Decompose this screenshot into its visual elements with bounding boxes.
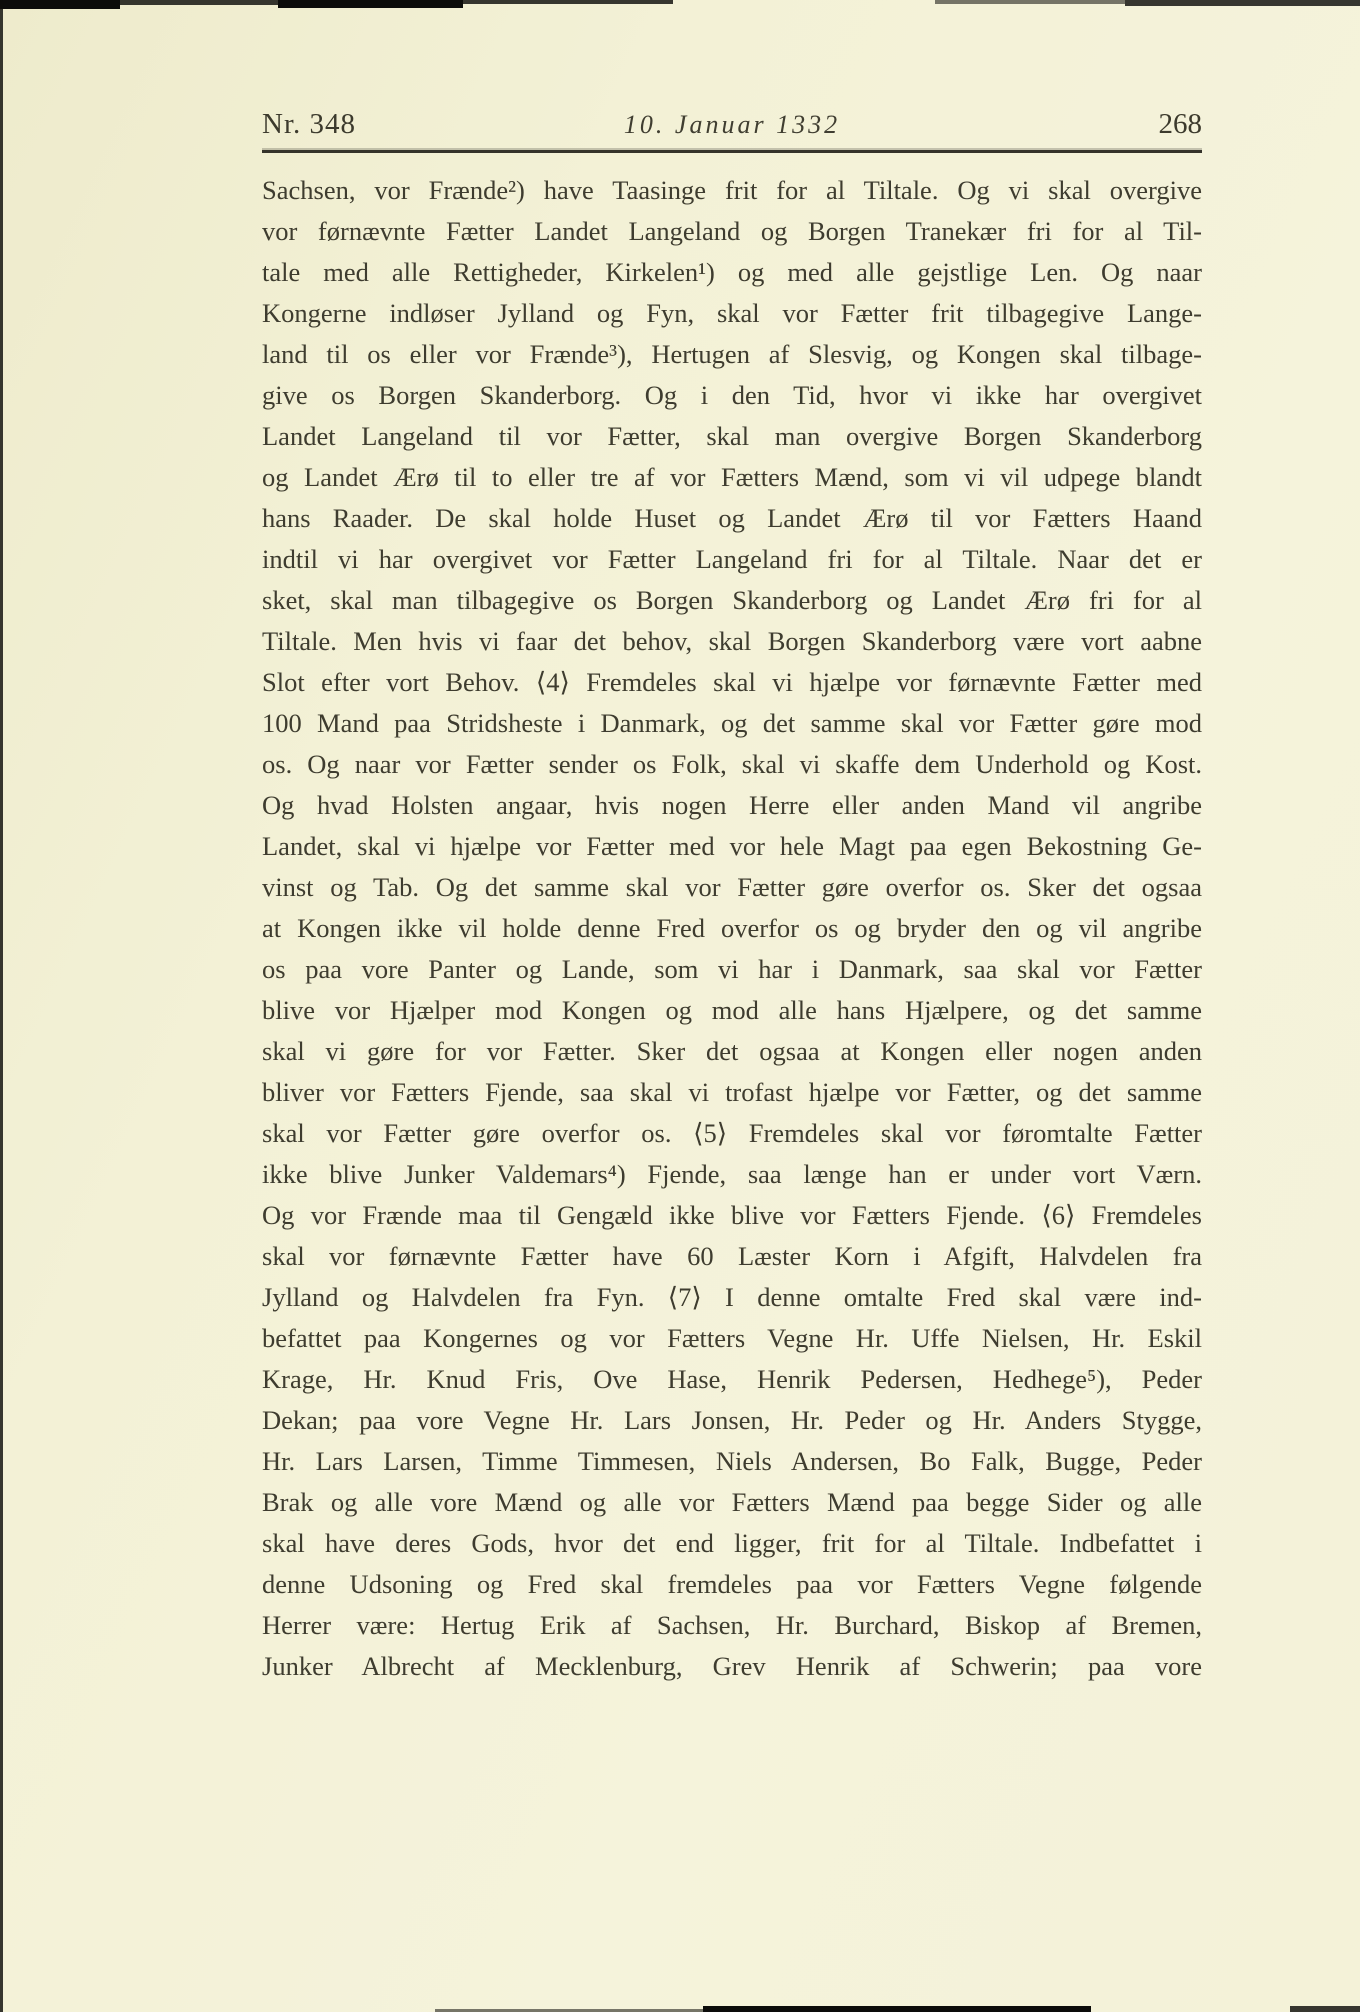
text-line: skal have deres Gods, hvor det end ligge… [262, 1523, 1202, 1564]
text-line: vinst og Tab. Og det samme skal vor Fætt… [262, 867, 1202, 908]
text-line: os. Og naar vor Fætter sender os Folk, s… [262, 744, 1202, 785]
text-line: Og vor Frænde maa til Gengæld ikke blive… [262, 1195, 1202, 1236]
scan-artifact-left [0, 0, 3, 2012]
text-line: Junker Albrecht af Mecklenburg, Grev Hen… [262, 1646, 1202, 1687]
scan-artifact-top-1 [0, 0, 120, 9]
text-line: os paa vore Panter og Lande, som vi har … [262, 949, 1202, 990]
scan-artifact-top-4 [463, 0, 673, 4]
scanned-document-page: Nr. 348 10. Januar 1332 268 Sachsen, vor… [0, 0, 1360, 2012]
page-number: 268 [1159, 108, 1203, 141]
text-line: Landet Langeland til vor Fætter, skal ma… [262, 416, 1202, 457]
text-line: bliver vor Fætters Fjende, saa skal vi t… [262, 1072, 1202, 1113]
text-line: Slot efter vort Behov. ⟨4⟩ Fremdeles ska… [262, 662, 1202, 703]
text-line: skal vor førnævnte Fætter have 60 Læster… [262, 1236, 1202, 1277]
scan-artifact-bottom-2 [703, 2006, 1091, 2012]
text-line: Sachsen, vor Frænde²) have Taasinge frit… [262, 170, 1202, 211]
date-heading: 10. Januar 1332 [262, 110, 1202, 140]
text-line: ikke blive Junker Valdemars⁴) Fjende, sa… [262, 1154, 1202, 1195]
header-rule [262, 150, 1202, 153]
text-line: skal vi gøre for vor Fætter. Sker det og… [262, 1031, 1202, 1072]
text-line: Herrer være: Hertug Erik af Sachsen, Hr.… [262, 1605, 1202, 1646]
text-line: 100 Mand paa Stridsheste i Danmark, og d… [262, 703, 1202, 744]
text-line: land til os eller vor Frænde³), Hertugen… [262, 334, 1202, 375]
text-line: give os Borgen Skanderborg. Og i den Tid… [262, 375, 1202, 416]
text-line: vor førnævnte Fætter Landet Langeland og… [262, 211, 1202, 252]
text-line: Dekan; paa vore Vegne Hr. Lars Jonsen, H… [262, 1400, 1202, 1441]
text-line: Og hvad Holsten angaar, hvis nogen Herre… [262, 785, 1202, 826]
text-line: Brak og alle vore Mænd og alle vor Fætte… [262, 1482, 1202, 1523]
text-line: og Landet Ærø til to eller tre af vor Fæ… [262, 457, 1202, 498]
text-line: hans Raader. De skal holde Huset og Land… [262, 498, 1202, 539]
text-line: tale med alle Rettigheder, Kirkelen¹) og… [262, 252, 1202, 293]
text-line: skal vor Fætter gøre overfor os. ⟨5⟩ Fre… [262, 1113, 1202, 1154]
text-line: denne Udsoning og Fred skal fremdeles pa… [262, 1564, 1202, 1605]
scan-artifact-bottom-3 [1290, 2006, 1360, 2012]
text-line: blive vor Hjælper mod Kongen og mod alle… [262, 990, 1202, 1031]
text-line: Tiltale. Men hvis vi faar det behov, ska… [262, 621, 1202, 662]
text-line: Kongerne indløser Jylland og Fyn, skal v… [262, 293, 1202, 334]
text-line: sket, skal man tilbagegive os Borgen Ska… [262, 580, 1202, 621]
text-line: befattet paa Kongernes og vor Fætters Ve… [262, 1318, 1202, 1359]
scan-artifact-top-3 [278, 0, 463, 8]
text-line: Krage, Hr. Knud Fris, Ove Hase, Henrik P… [262, 1359, 1202, 1400]
text-line: Hr. Lars Larsen, Timme Timmesen, Niels A… [262, 1441, 1202, 1482]
scan-artifact-top-6 [1125, 0, 1360, 6]
text-line: indtil vi har overgivet vor Fætter Lange… [262, 539, 1202, 580]
running-header: Nr. 348 10. Januar 1332 268 [262, 106, 1202, 146]
text-line: at Kongen ikke vil holde denne Fred over… [262, 908, 1202, 949]
scan-artifact-top-5 [935, 0, 1125, 4]
text-line: Landet, skal vi hjælpe vor Fætter med vo… [262, 826, 1202, 867]
text-line: Jylland og Halvdelen fra Fyn. ⟨7⟩ I denn… [262, 1277, 1202, 1318]
document-body: Sachsen, vor Frænde²) have Taasinge frit… [262, 170, 1202, 1687]
scan-artifact-top-2 [120, 0, 278, 5]
